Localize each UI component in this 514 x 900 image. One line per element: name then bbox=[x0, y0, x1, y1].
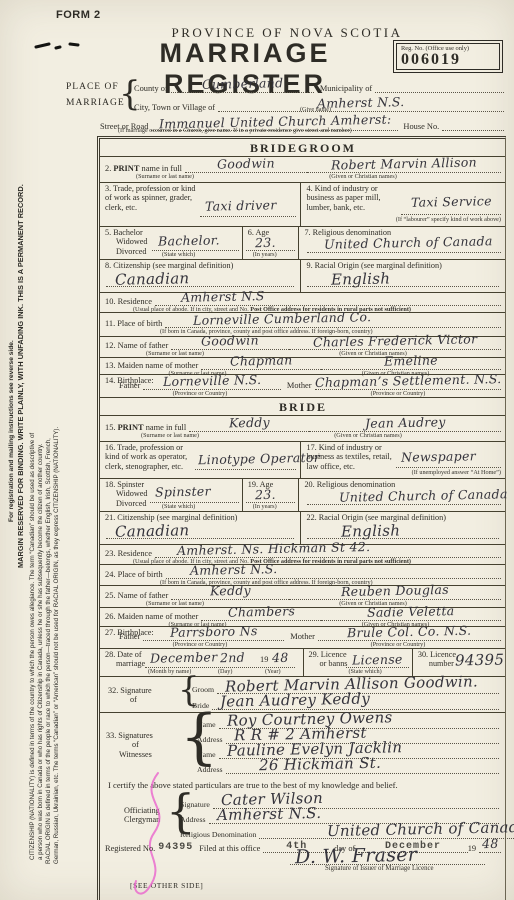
bride-citizenship-value: Canadian bbox=[115, 524, 190, 538]
groom-state-which-caption: (State which) bbox=[162, 251, 195, 258]
groom-name-row: 2. PRINT name in full Goodwin Robert Mar… bbox=[100, 157, 505, 183]
given-caption: (Given or Christian names) bbox=[235, 432, 501, 439]
county-label: County of bbox=[134, 84, 171, 93]
bride-surname-field: Keddy bbox=[189, 415, 309, 432]
bride-father-given-field: Reuben Douglas bbox=[289, 583, 501, 600]
witness2-address-label: Address bbox=[197, 765, 226, 774]
bride-birth-value: Amherst N.S. bbox=[190, 564, 278, 576]
bride-bp-mother-value: Brule Col. Co. N.S. bbox=[347, 626, 472, 639]
margin-citizenship-definition-line1: CITIZENSHIP (NATIONALITY) is defined in … bbox=[29, 112, 36, 860]
bride-citizenship-label: 21. Citizenship (see marginal definition… bbox=[105, 513, 297, 522]
witness-field-number: 33. bbox=[106, 731, 116, 740]
filed-year-field: 48 bbox=[479, 836, 501, 853]
registered-no-label: Registered No. bbox=[105, 844, 158, 853]
groom-bp-father-value: Lorneville N.S. bbox=[163, 375, 262, 388]
groom-residence-label: 10. Residence bbox=[105, 297, 155, 306]
bride-mother-label: 26. Maiden name of mother bbox=[105, 612, 201, 621]
registered-row: Registered No. 94395 Filed at this offic… bbox=[100, 839, 505, 873]
city-label: City, Town or Village of bbox=[134, 103, 218, 112]
bride-parents-birthplace-row: 27. Birthplace: Father Parrsboro Ns Moth… bbox=[100, 627, 505, 649]
groom-birth-label: 11. Place of birth bbox=[105, 319, 165, 328]
bride-racial-label: 22. Racial Origin (see marginal definiti… bbox=[306, 513, 502, 522]
bride-bp-mother-field: Brule Col. Co. N.S. bbox=[318, 624, 501, 641]
province-country-caption: (Province or Country) bbox=[295, 390, 501, 397]
filed-year-prefix: 19 bbox=[468, 844, 479, 853]
groom-industry-caption: (If “labourer” specify kind of work abov… bbox=[396, 216, 501, 223]
margin-racial-origin-definition-line1: RACIAL ORIGIN is defined in terms of the… bbox=[45, 112, 52, 864]
city-field: Amherst N.S. bbox=[218, 95, 504, 112]
bride-surname-value: Keddy bbox=[229, 418, 270, 429]
pink-ink-scribble bbox=[128, 771, 188, 896]
field2-print: PRINT bbox=[113, 164, 139, 173]
groom-bp-label: 14. Birthplace: bbox=[105, 376, 154, 385]
officiating-clergyman-block: Officiating Clergyman { Signature Cater … bbox=[100, 793, 505, 839]
bride-signature-field: Jean Audrey Keddy bbox=[212, 693, 499, 710]
bride-birth-label: 24. Place of birth bbox=[105, 570, 166, 579]
margin-racial-origin-definition-line2: German, Russian, Ukrainian, etc. The ter… bbox=[53, 112, 60, 864]
groom-racial-field bbox=[307, 286, 499, 287]
province-country-caption: (Province or Country) bbox=[295, 641, 501, 648]
province-country-caption: (Province or Country) bbox=[105, 641, 295, 648]
groom-residence-value: Amherst N.S bbox=[181, 291, 265, 303]
sig-field-number: 32. bbox=[108, 686, 118, 695]
reg-no-value: 006019 bbox=[401, 51, 495, 69]
province-country-caption: (Province or Country) bbox=[105, 390, 295, 397]
groom-religion-value: United Church of Canada bbox=[324, 236, 493, 250]
bride-father-surname-field: Keddy bbox=[171, 583, 289, 600]
bride-age-value: 23. bbox=[255, 490, 276, 501]
witness-label-3: Witnesses bbox=[106, 750, 152, 759]
bride-bp-mother-label: Mother bbox=[284, 632, 318, 641]
groom-mother-given: Emeline bbox=[384, 355, 438, 367]
bride-father-label: 25. Name of father bbox=[105, 591, 171, 600]
groom-industry-label: 4. Kind of industry or business as paper… bbox=[306, 184, 401, 212]
witness2-name-label: Name bbox=[197, 750, 219, 759]
bride-industry-label: 17. Kind of industry or business as text… bbox=[306, 443, 396, 471]
bride-mother-given-field: Sadie Veletta bbox=[321, 604, 501, 621]
groom-status-age-religion-row: 5. Bachelor Widowed Divorced Bachelor. (… bbox=[100, 227, 505, 260]
field2-label: name in full bbox=[142, 164, 182, 173]
county-field: Cumberland bbox=[171, 76, 314, 93]
groom-mother-given-field: Emeline bbox=[321, 353, 501, 370]
witness2-address: 26 Hickman St. bbox=[258, 757, 380, 772]
bride-bp-father-field: Parrsboro Ns bbox=[143, 624, 284, 641]
bride-mother-surname-field: Chambers bbox=[201, 604, 321, 621]
witness1-name-label: Name bbox=[197, 720, 219, 729]
bride-state-which-caption: (State which) bbox=[162, 503, 195, 510]
filed-label: Filed at this office bbox=[199, 844, 263, 853]
groom-trade-label: 3. Trade, profession or kind of work as … bbox=[105, 184, 197, 212]
witness-signature-row: 33. Signatures of Witnesses { Name Roy C… bbox=[100, 713, 505, 775]
groom-racial-label: 9. Racial Origin (see marginal definitio… bbox=[306, 261, 502, 270]
groom-mother-surname-field: Chapman bbox=[201, 353, 321, 370]
marriage-day-value: 2nd bbox=[220, 653, 245, 664]
bride-trade-label: 16. Trade, profession or kind of work as… bbox=[105, 443, 197, 471]
witness2-address-field: 26 Hickman St. bbox=[226, 757, 499, 774]
clergy-address: Amherst N.S. bbox=[216, 807, 321, 822]
field15-label: name in full bbox=[146, 423, 186, 432]
groom-given-field: Robert Marvin Allison bbox=[307, 156, 501, 173]
bride-mother-surname: Chambers bbox=[228, 606, 295, 618]
bride-bp-label: 27. Birthplace: bbox=[105, 628, 154, 637]
groom-trade-industry-row: 3. Trade, profession or kind of work as … bbox=[100, 183, 505, 227]
groom-bp-father-field: Lorneville N.S. bbox=[143, 373, 280, 390]
witness-label-2: of bbox=[106, 740, 139, 749]
issuer-signature-caption: Signature of Issuer of Marriage Licence bbox=[325, 865, 434, 872]
groom-surname-value: Goodwin bbox=[217, 158, 275, 170]
groom-bp-mother-label: Mother bbox=[281, 381, 315, 390]
bride-birth-field: Amherst N.S. bbox=[166, 562, 501, 579]
field2-number: 2. bbox=[105, 164, 111, 173]
witness-label-1: Signatures bbox=[118, 731, 153, 740]
bride-status-age-religion-row: 18. Spinster Widowed Divorced Spinster (… bbox=[100, 479, 505, 512]
year-prefix: 19 bbox=[260, 655, 271, 664]
bride-trade-industry-row: 16. Trade, profession or kind of work as… bbox=[100, 442, 505, 479]
bride-trade-field bbox=[195, 469, 296, 470]
field15-number: 15. bbox=[105, 423, 115, 432]
bride-father-given: Reuben Douglas bbox=[341, 585, 449, 598]
sig-label-2: of bbox=[108, 695, 137, 704]
bride-citizenship-field bbox=[106, 538, 294, 539]
margin-note-registration: For registration and mailing instruction… bbox=[8, 104, 15, 522]
licence-number-value: 94395 bbox=[455, 653, 504, 667]
groom-citizenship-value: Canadian bbox=[115, 272, 190, 286]
given-caption: (Given or Christian names) bbox=[225, 173, 501, 180]
surname-caption: (Surname or last name) bbox=[105, 173, 225, 180]
bride-bp-father-value: Parrsboro Ns bbox=[170, 626, 258, 638]
day-caption: (Day) bbox=[218, 668, 232, 675]
marriage-month-value: December bbox=[150, 652, 218, 664]
groom-citizenship-label: 8. Citizenship (see marginal definition) bbox=[105, 261, 297, 270]
groom-father-label: 12. Name of father bbox=[105, 341, 171, 350]
groom-residence-field: Amherst N.S bbox=[155, 289, 501, 306]
groom-age-value: 23. bbox=[255, 238, 276, 249]
couple-signature-row: 32. Signature of { Groom Robert Marvin A… bbox=[100, 677, 505, 713]
bride-status-value: Spinster bbox=[155, 486, 211, 498]
groom-father-given-field: Charles Frederick Victor bbox=[289, 333, 501, 350]
bride-given-field: Jean Audrey bbox=[309, 415, 501, 432]
house-no-label: House No. bbox=[398, 122, 442, 131]
bride-name-row: 15. PRINT name in full Keddy Jean Audrey… bbox=[100, 416, 505, 442]
groom-bp-mother-value: Chapman’s Settlement. N.S. bbox=[314, 374, 501, 389]
bride-racial-value: English bbox=[341, 524, 401, 538]
street-caption: (If marriage occurred in a Church, give … bbox=[118, 127, 352, 134]
groom-father-surname-field: Goodwin bbox=[171, 333, 289, 350]
bride-religion-value: United Church of Canada bbox=[339, 489, 508, 503]
house-no-field bbox=[442, 121, 504, 131]
groom-birth-value: Lorneville Cumberland Co. bbox=[193, 312, 372, 326]
groom-mother-label: 13. Maiden name of mother bbox=[105, 361, 201, 370]
groom-industry-field bbox=[401, 214, 501, 215]
groom-father-given: Charles Frederick Victor bbox=[313, 334, 478, 348]
groom-surname-field: Goodwin bbox=[185, 156, 307, 173]
licence-banns-value: License bbox=[351, 654, 402, 666]
clergy-denomination-label: Religious Denomination bbox=[180, 830, 259, 839]
bride-religion-field bbox=[307, 504, 501, 505]
groom-citizenship-field bbox=[106, 286, 294, 287]
margin-citizenship-definition-line2: a person who was born in Canada or who h… bbox=[37, 112, 44, 860]
municipality-field bbox=[375, 83, 504, 93]
groom-religion-field bbox=[307, 252, 501, 253]
bride-industry-value: Newspaper bbox=[401, 451, 476, 463]
bride-residence-value: Amherst. Ns. Hickman St 42. bbox=[177, 542, 371, 557]
groom-birth-field: Lorneville Cumberland Co. bbox=[165, 311, 501, 328]
groom-mother-surname: Chapman bbox=[230, 355, 293, 367]
issuer-signature: D. W. Fraser bbox=[295, 847, 418, 866]
year-caption: (Year) bbox=[265, 668, 281, 675]
place-of-label-line1: PLACE OF bbox=[66, 79, 125, 95]
groom-trade-field bbox=[200, 216, 296, 217]
bride-in-years-caption: (In years) bbox=[253, 503, 277, 510]
bride-mother-given: Sadie Veletta bbox=[367, 606, 455, 618]
marriage-year-value: 48 bbox=[272, 653, 289, 664]
bride-residence-field: Amherst. Ns. Hickman St 42. bbox=[155, 541, 501, 558]
groom-trade-value: Taxi driver bbox=[205, 200, 277, 212]
groom-industry-value: Taxi Service bbox=[411, 196, 492, 208]
bride-signature: Jean Audrey Keddy bbox=[220, 692, 370, 708]
bride-residence-label: 23. Residence bbox=[105, 549, 155, 558]
surname-caption: (Surname or last name) bbox=[105, 432, 235, 439]
groom-bp-mother-field: Chapman’s Settlement. N.S. bbox=[315, 373, 501, 390]
sig-label-1: Signature bbox=[120, 686, 151, 695]
groom-parents-birthplace-row: 14. Birthplace: Father Lorneville N.S. M… bbox=[100, 375, 505, 398]
bride-given-value: Jean Audrey bbox=[365, 417, 446, 429]
place-of-marriage-label: PLACE OF MARRIAGE bbox=[66, 79, 125, 111]
registered-no-value: 94395 bbox=[158, 842, 193, 853]
filed-year-value: 48 bbox=[482, 839, 499, 850]
form-box: BRIDEGROOM 2. PRINT name in full Goodwin… bbox=[97, 136, 506, 900]
form-number-label: FORM 2 bbox=[56, 9, 101, 21]
bride-industry-caption: (If unemployed answer “At Home”) bbox=[412, 469, 501, 476]
marriage-register-document: For registration and mailing instruction… bbox=[0, 0, 514, 900]
groom-in-years-caption: (In years) bbox=[253, 251, 277, 258]
margin-note-binding: MARGIN RESERVED FOR BINDING. WRITE PLAIN… bbox=[16, 108, 25, 568]
county-value: Cumberland bbox=[202, 78, 284, 90]
place-of-label-line2: MARRIAGE bbox=[66, 95, 125, 111]
municipality-label: Municipality of bbox=[314, 84, 375, 93]
groom-status-value: Bachelor. bbox=[158, 235, 220, 247]
field15-print: PRINT bbox=[118, 423, 144, 432]
bride-industry-field bbox=[396, 467, 501, 468]
groom-given-value: Robert Marvin Allison bbox=[331, 157, 477, 171]
registration-number-box: Reg. No. (Office use only) 006019 bbox=[393, 40, 503, 73]
groom-racial-value: English bbox=[331, 272, 391, 286]
bride-father-surname: Keddy bbox=[210, 586, 251, 597]
groom-father-surname: Goodwin bbox=[201, 335, 259, 347]
